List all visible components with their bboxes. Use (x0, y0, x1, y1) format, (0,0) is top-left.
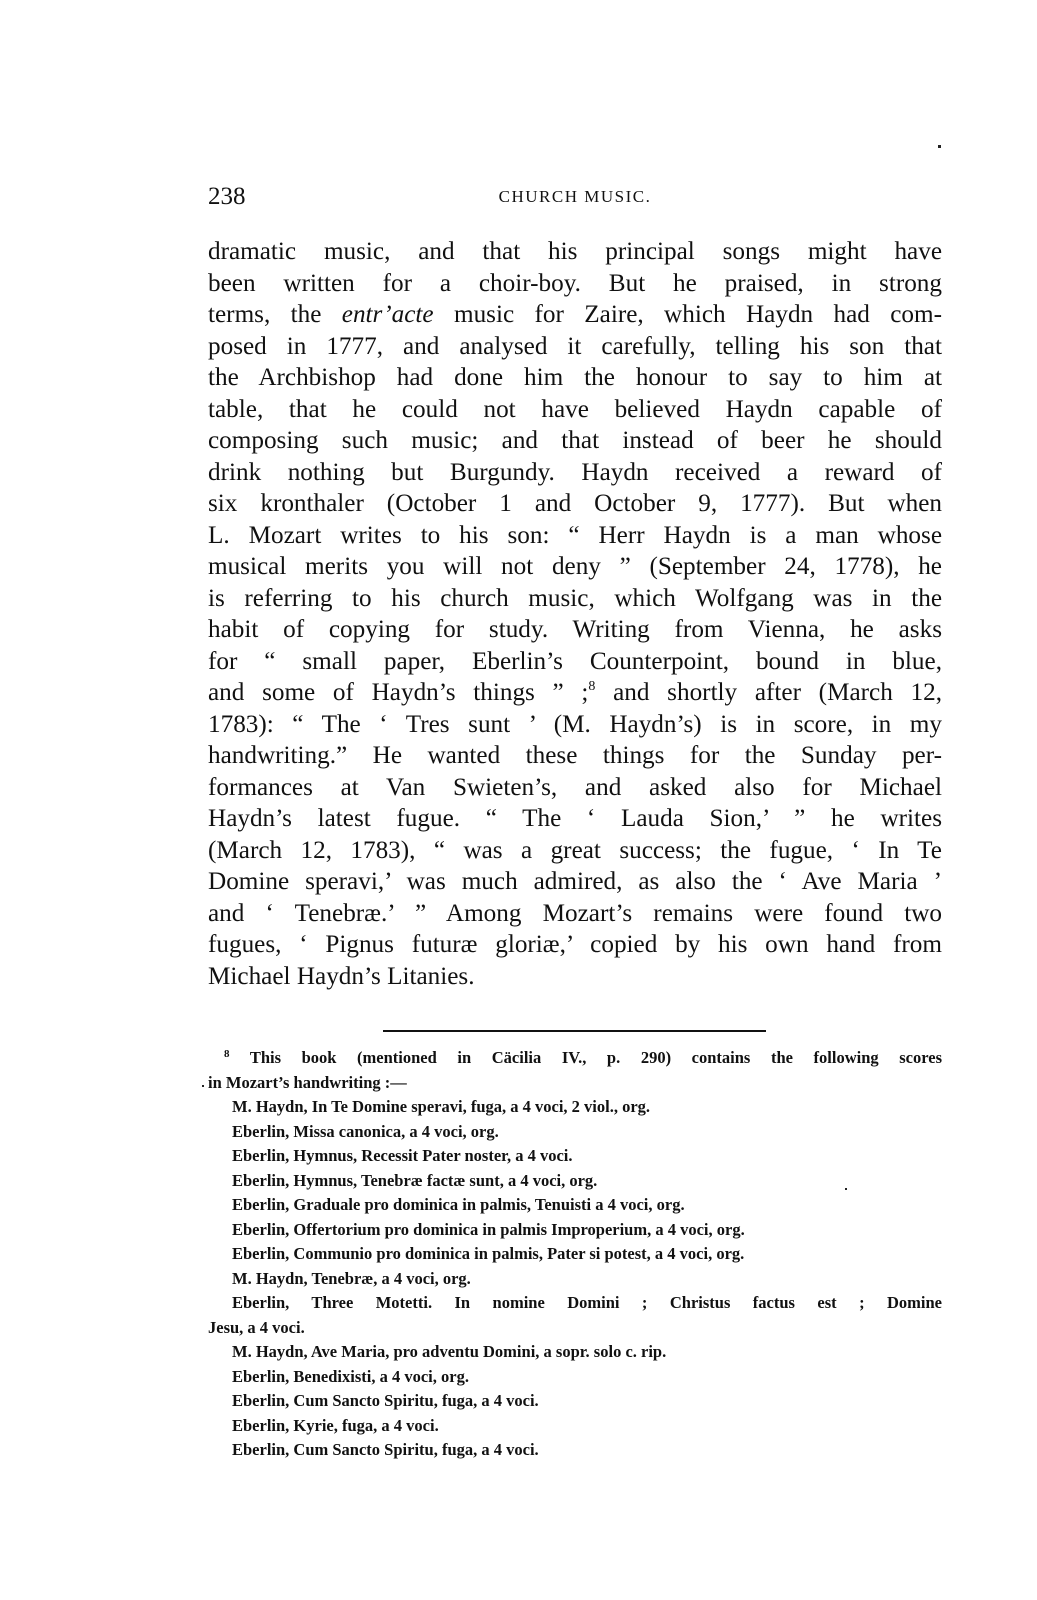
footnote-list-item-continued: Jesu, a 4 voci. (208, 1316, 942, 1341)
text-run: This book (mentioned in Cäcilia IV., p. … (250, 1048, 942, 1067)
footnote-list-item: Eberlin, Missa canonica, a 4 voci, org. (208, 1120, 942, 1145)
body-line: dramatic music, and that his principal s… (208, 236, 942, 268)
body-line: posed in 1777, and analysed it carefully… (208, 331, 942, 363)
footnote-list-item: Eberlin, Cum Sancto Spiritu, fuga, a 4 v… (208, 1438, 942, 1463)
body-line: composing such music; and that instead o… (208, 425, 942, 457)
footnote-list-item: M. Haydn, Tenebræ, a 4 voci, org. (208, 1267, 942, 1292)
body-line: Domine speravi,’ was much admired, as al… (208, 866, 942, 898)
footnote-intro: 8 This book (mentioned in Cäcilia IV., p… (208, 1046, 942, 1071)
body-line: (March 12, 1783), “ was a great success;… (208, 835, 942, 867)
footnote-list-item: M. Haydn, Ave Maria, pro adventu Domini,… (208, 1340, 942, 1365)
body-line: terms, the entr’acte music for Zaire, wh… (208, 299, 942, 331)
footnote-list-item: Eberlin, Kyrie, fuga, a 4 voci. (208, 1414, 942, 1439)
body-line: is referring to his church music, which … (208, 583, 942, 615)
body-line: 1783): “ The ‘ Tres sunt ’ (M. Haydn’s) … (208, 709, 942, 741)
footnote-list-item: M. Haydn, In Te Domine speravi, fuga, a … (208, 1095, 942, 1120)
body-line: for “ small paper, Eberlin’s Counterpoin… (208, 646, 942, 678)
footnote-list-item: Eberlin, Three Motetti. In nomine Domini… (208, 1291, 942, 1316)
text-run: terms, the (208, 301, 342, 328)
body-line: six kronthaler (October 1 and October 9,… (208, 488, 942, 520)
body-line: fugues, ‘ Pignus futuræ gloriæ,’ copied … (208, 929, 942, 961)
footnote-block: 8 This book (mentioned in Cäcilia IV., p… (208, 1046, 942, 1463)
footnote-intro-continued: in Mozart’s handwriting :— (208, 1071, 942, 1096)
italic-term: entr’acte (342, 301, 434, 328)
footnote-list-item: Eberlin, Graduale pro dominica in palmis… (208, 1193, 942, 1218)
footnote-list-item: Eberlin, Communio pro dominica in palmis… (208, 1242, 942, 1267)
body-line: musical merits you will not deny ” (Sept… (208, 551, 942, 583)
footnote-list-item: Eberlin, Hymnus, Tenebræ factæ sunt, a 4… (208, 1169, 942, 1194)
body-line: the Archbishop had done him the honour t… (208, 362, 942, 394)
footnote-marker: 8 (224, 1048, 230, 1060)
text-run: and shortly after (March 12, (595, 679, 942, 706)
footnote-divider (383, 1030, 766, 1032)
print-speck (202, 1085, 204, 1087)
text-run: and some of Haydn’s things ” ; (208, 679, 588, 706)
running-title: CHURCH MUSIC. (208, 187, 942, 207)
body-line: formances at Van Swieten’s, and asked al… (208, 772, 942, 804)
text-run: music for Zaire, which Haydn had com- (434, 301, 942, 328)
print-speck (938, 145, 941, 148)
body-line: Haydn’s latest fugue. “ The ‘ Lauda Sion… (208, 803, 942, 835)
body-line: table, that he could not have believed H… (208, 394, 942, 426)
body-line: and ‘ Tenebræ.’ ” Among Mozart’s remains… (208, 898, 942, 930)
footnote-list-item: Eberlin, Hymnus, Recessit Pater noster, … (208, 1144, 942, 1169)
body-line: L. Mozart writes to his son: “ Herr Hayd… (208, 520, 942, 552)
body-text: dramatic music, and that his principal s… (208, 236, 942, 992)
footnote-list-item: Eberlin, Offertorium pro dominica in pal… (208, 1218, 942, 1243)
body-line: and some of Haydn’s things ” ;8 and shor… (208, 677, 942, 709)
footnote-list-item: Eberlin, Cum Sancto Spiritu, fuga, a 4 v… (208, 1389, 942, 1414)
body-line: drink nothing but Burgundy. Haydn receiv… (208, 457, 942, 489)
body-line: been written for a choir-boy. But he pra… (208, 268, 942, 300)
body-line: Michael Haydn’s Litanies. (208, 961, 942, 993)
body-line: handwriting.” He wanted these things for… (208, 740, 942, 772)
footnote-list-item: Eberlin, Benedixisti, a 4 voci, org. (208, 1365, 942, 1390)
running-head: 238 CHURCH MUSIC. (208, 183, 942, 213)
body-line: habit of copying for study. Writing from… (208, 614, 942, 646)
